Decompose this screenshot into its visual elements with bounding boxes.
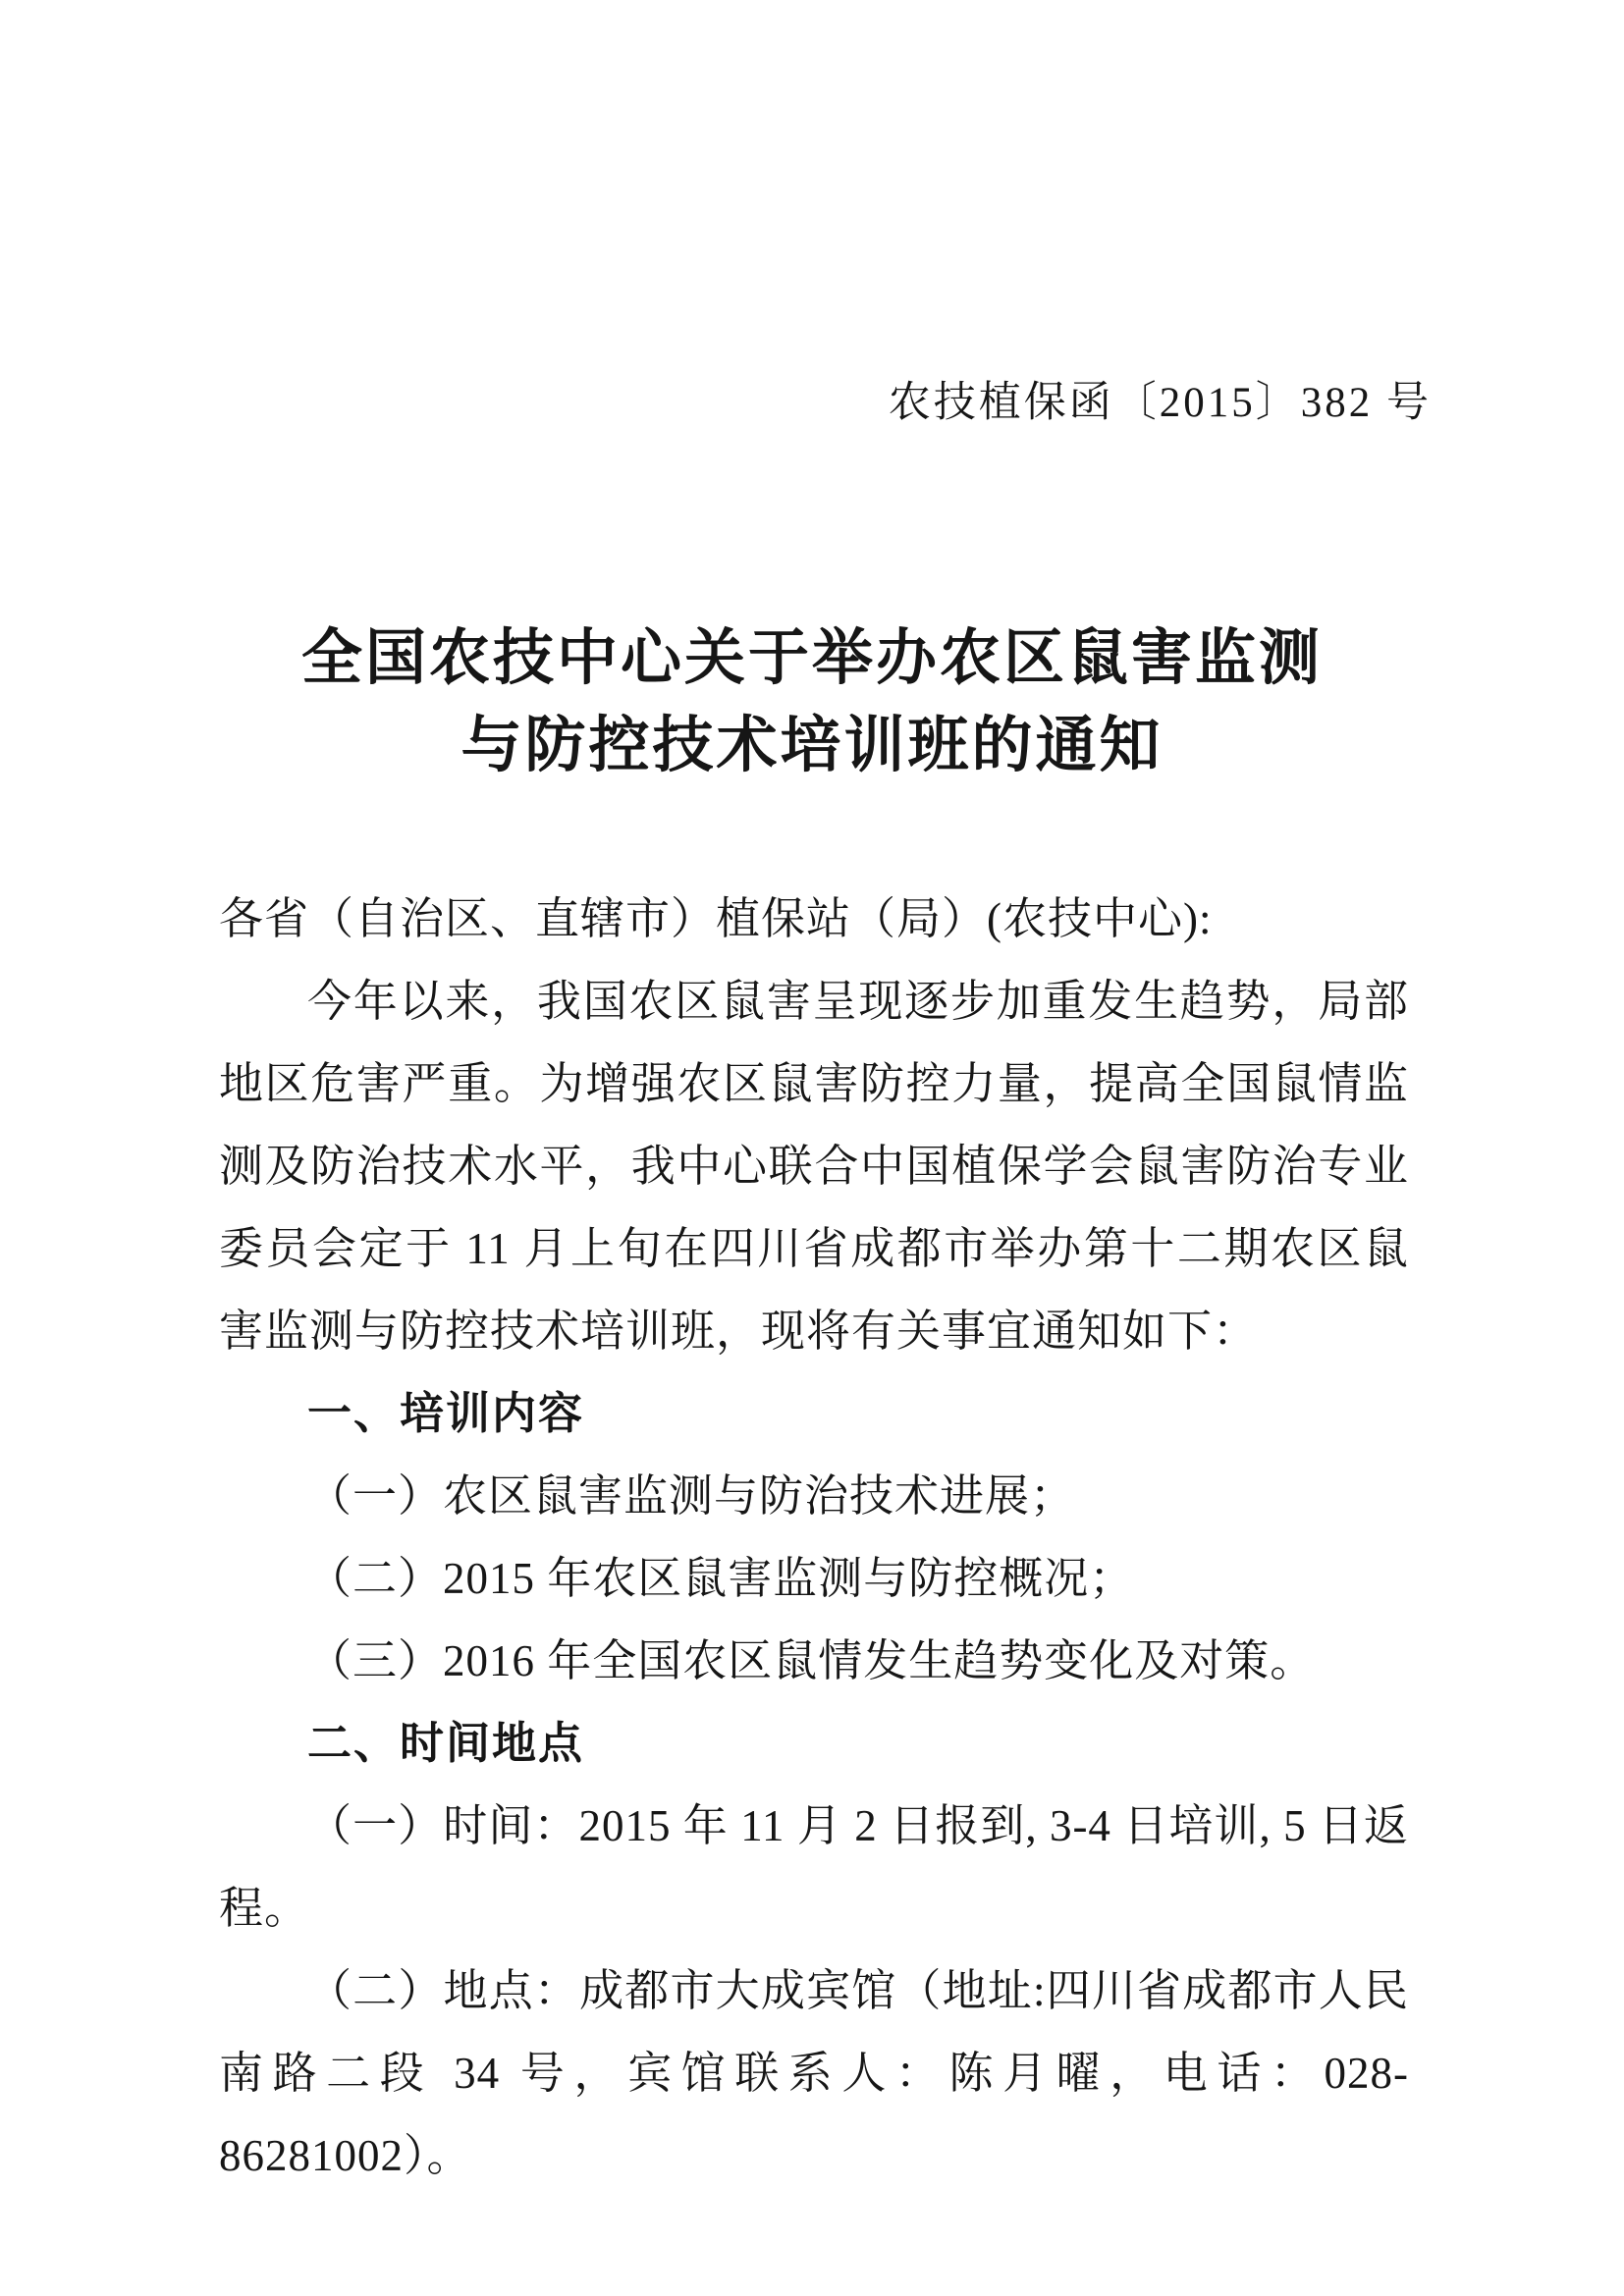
intro-paragraph: 今年以来，我国农区鼠害呈现逐步加重发生趋势，局部地区危害严重。为增强农区鼠害防控… (219, 960, 1409, 1372)
notice-title-line2: 与防控技术培训班的通知 (0, 702, 1624, 789)
section-2-item-2: （二）地点：成都市大成宾馆（地址:四川省成都市人民南路二段 34 号，宾馆联系人… (219, 1949, 1409, 2197)
document-number: 农技植保函〔2015〕382 号 (0, 375, 1624, 432)
section-1-item-1: （一）农区鼠害监测与防治技术进展； (219, 1455, 1409, 1537)
section-1-heading: 一、培训内容 (219, 1372, 1409, 1455)
section-2-heading: 二、时间地点 (219, 1702, 1409, 1785)
section-2-item-1: （一）时间：2015 年 11 月 2 日报到, 3-4 日培训, 5 日返程。 (219, 1785, 1409, 1949)
document-page: 农技植保函〔2015〕382 号 全国农技中心关于举办农区鼠害监测 与防控技术培… (0, 0, 1624, 2296)
section-1-item-2: （二）2015 年农区鼠害监测与防控概况； (219, 1537, 1409, 1620)
salutation: 各省（自治区、直辖市）植保站（局）(农技中心): (219, 878, 1409, 960)
notice-body: 各省（自治区、直辖市）植保站（局）(农技中心): 今年以来，我国农区鼠害呈现逐步… (0, 878, 1624, 2197)
notice-title-line1: 全国农技中心关于举办农区鼠害监测 (0, 614, 1624, 702)
notice-title: 全国农技中心关于举办农区鼠害监测 与防控技术培训班的通知 (0, 614, 1624, 789)
section-1-item-3: （三）2016 年全国农区鼠情发生趋势变化及对策。 (219, 1620, 1409, 1702)
